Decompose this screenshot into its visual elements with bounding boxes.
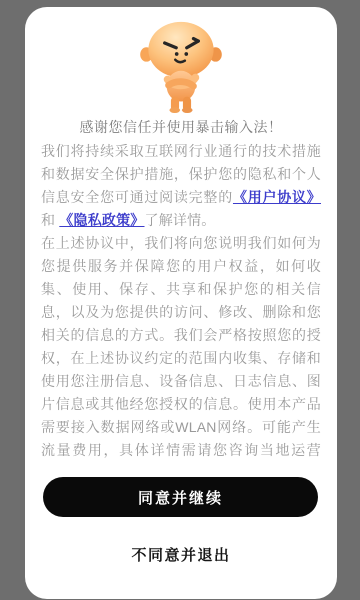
body-paragraph: 在上述协议中，我们将向您说明我们如何为您提供服务并保障您的用户权益，如何收集、使… (41, 232, 321, 458)
user-agreement-link[interactable]: 《用户协议》 (233, 189, 321, 205)
dialog-title: 感谢您信任并使用暴击输入法！ (25, 117, 337, 137)
intro-text-post: 了解详情。 (145, 212, 216, 228)
intro-text-and: 和 (41, 212, 59, 228)
privacy-notice-text: 我们将持续采取互联网行业通行的技术措施和数据安全保护措施，保护您的隐私和个人信息… (41, 140, 321, 458)
privacy-policy-link[interactable]: 《隐私政策》 (59, 212, 144, 228)
agree-button[interactable]: 同意并继续 (43, 477, 318, 517)
mascot-character-icon (133, 17, 229, 115)
mascot-image (25, 17, 337, 115)
dim-overlay: 感谢您信任并使用暴击输入法！ 我们将持续采取互联网行业通行的技术措施和数据安全保… (0, 0, 360, 600)
privacy-consent-dialog: 感谢您信任并使用暴击输入法！ 我们将持续采取互联网行业通行的技术措施和数据安全保… (25, 7, 337, 599)
decline-button[interactable]: 不同意并退出 (25, 543, 337, 565)
intro-paragraph: 我们将持续采取互联网行业通行的技术措施和数据安全保护措施，保护您的隐私和个人信息… (41, 140, 321, 232)
